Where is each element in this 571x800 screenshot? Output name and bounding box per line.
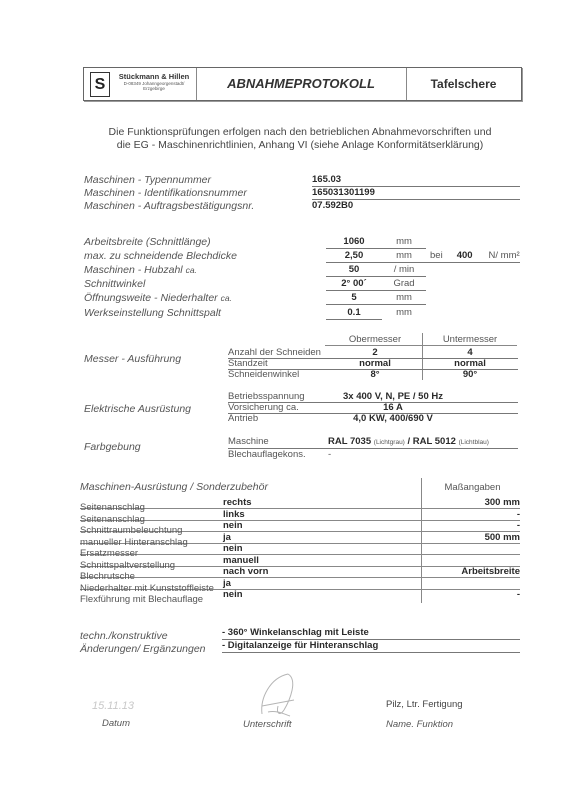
divider <box>325 345 517 346</box>
messer-ober-value: 8° <box>328 369 422 380</box>
spec-unit: mm <box>382 250 426 263</box>
equipment-row-value: manuell <box>223 555 259 566</box>
equipment-row-value: nein <box>223 589 243 600</box>
messer-ober-value: normal <box>328 358 422 369</box>
machine-id-value: 07.592B0 <box>312 200 520 212</box>
messer-section-label: Messer - Ausführung <box>84 353 181 365</box>
color-note-b: (Lichtblau) <box>459 439 489 446</box>
spec-value: 0.1 <box>326 307 382 319</box>
color-value-b: RAL 5012 <box>413 436 456 447</box>
intro-text: Die Funktionsprüfungen erfolgen nach den… <box>90 126 510 152</box>
spec-value: 5 <box>326 292 382 305</box>
changes-label-line2: Änderungen/ Ergänzungen <box>80 643 206 656</box>
farbgebung-row: Maschine RAL 7035 (Lichtgrau) / RAL 5012… <box>228 436 518 449</box>
spec-extra-value: 400 <box>457 250 473 261</box>
equipment-row-value: ja <box>223 532 231 543</box>
date-label: Datum <box>102 718 130 729</box>
spec-label-text: max. zu schneidende Blechdicke <box>84 250 237 262</box>
messer-row-label: Anzahl der Schneiden <box>228 347 321 358</box>
company-logo-icon: S <box>90 72 110 97</box>
spec-label: max. zu schneidende Blechdicke <box>84 250 237 262</box>
machine-id-label: Maschinen - Auftragsbestätigungsnr. <box>84 200 254 212</box>
spec-unit: mm <box>382 236 426 249</box>
equipment-row-dim: - <box>517 520 520 531</box>
spec-label-text: Arbeitsbreite (Schnittlänge) <box>84 236 211 248</box>
col-header-obermesser: Obermesser <box>328 334 422 345</box>
change-item: - 360° Winkelanschlag mit Leiste <box>222 627 520 640</box>
equipment-row: Schnittraumbeleuchtungnein- <box>80 520 520 532</box>
spec-extra-label: bei <box>430 250 443 261</box>
spec-label: Maschinen - Hubzahl ca. <box>84 264 197 276</box>
equipment-row-dim: Arbeitsbreite <box>461 566 520 577</box>
elektrik-row-label: Antrieb <box>228 413 258 424</box>
equipment-row: Blechrutschenach vornArbeitsbreite <box>80 566 520 578</box>
spec-value: 2,50 <box>326 250 382 263</box>
farbgebung-row-label: Blechauflagekons. <box>228 449 306 460</box>
equipment-row-value: links <box>223 509 245 520</box>
elektrik-row: Antrieb4,0 KW, 400/690 V <box>228 413 518 424</box>
intro-line-1: Die Funktionsprüfungen erfolgen nach den… <box>90 126 510 139</box>
change-item: - Digitalanzeige für Hinteranschlag <box>222 640 520 653</box>
divider <box>326 319 382 320</box>
equipment-row: manueller Hinteranschlagja500 mm <box>80 532 520 544</box>
messer-row-label: Schneidenwinkel <box>228 369 299 380</box>
spec-value: 1060 <box>326 236 382 249</box>
farbgebung-row-label: Maschine <box>228 436 269 447</box>
machine-id-label: Maschinen - Identifikationsnummer <box>84 187 247 199</box>
equipment-row: Ersatzmessernein <box>80 543 520 555</box>
equipment-row: Niederhalter mit Kunststoffleisteja <box>80 578 520 590</box>
color-sep: / <box>408 436 411 447</box>
elektrik-row-label: Betriebsspannung <box>228 391 305 402</box>
machine-id-value: 165031301199 <box>312 187 520 200</box>
messer-unter-value: normal <box>423 358 517 369</box>
equipment-section-label: Maschinen-Ausrüstung / Sonderzubehör <box>80 481 268 493</box>
spec-label: Werkseinstellung Schnittspalt <box>84 307 221 319</box>
date-value: 15.11.13 <box>92 700 134 712</box>
color-value-a: RAL 7035 <box>328 436 371 447</box>
changes-label-line1: techn./konstruktive <box>80 630 206 643</box>
spec-unit: mm <box>382 307 426 319</box>
equipment-row-value: rechts <box>223 497 252 508</box>
farbgebung-row-value: - <box>328 449 331 460</box>
messer-unter-value: 4 <box>423 347 517 358</box>
spec-extra-unit: N/ mm² <box>489 250 520 261</box>
dim-header: Maßangaben <box>425 482 520 493</box>
equipment-row-value: nach vorn <box>223 566 268 577</box>
equipment-row-dim: - <box>517 509 520 520</box>
name-value: Pilz, Ltr. Fertigung <box>386 699 463 710</box>
spec-label-text: Werkseinstellung Schnittspalt <box>84 307 221 319</box>
spec-extra: bei400N/ mm² <box>426 250 520 263</box>
spec-label: Öffnungsweite - Niederhalter ca. <box>84 292 232 304</box>
document-header: S Stückmann & Hillen D-08349 Johanngeorg… <box>83 67 522 101</box>
intro-line-2: die EG - Maschinenrichtlinien, Anhang VI… <box>90 139 510 152</box>
color-note-a: (Lichtgrau) <box>374 439 405 446</box>
company-address-line2: Erzgebirge <box>114 86 194 91</box>
equipment-row-value: nein <box>223 520 243 531</box>
equipment-row-label: Flexführung mit Blechauflage <box>80 594 203 605</box>
equipment-row: Seitenanschlagrechts300 mm <box>80 497 520 509</box>
elektrik-row-value: 4,0 KW, 400/690 V <box>318 413 468 424</box>
spec-unit: / min <box>382 264 426 277</box>
elektrik-section-label: Elektrische Ausrüstung <box>84 403 191 415</box>
logo-glyph: S <box>91 73 109 96</box>
elektrik-row-label: Vorsicherung ca. <box>228 402 299 413</box>
equipment-row: Seitenanschlaglinks- <box>80 509 520 521</box>
equipment-row-dim: 300 mm <box>485 497 520 508</box>
equipment-row: Schnittspaltverstellungmanuell <box>80 555 520 567</box>
equipment-row-value: nein <box>223 543 243 554</box>
changes-label: techn./konstruktive Änderungen/ Ergänzun… <box>80 630 206 656</box>
machine-id-label: Maschinen - Typennummer <box>84 174 211 186</box>
spec-label-text: Maschinen - Hubzahl <box>84 264 183 276</box>
elektrik-row-value: 3x 400 V, N, PE / 50 Hz <box>318 391 468 402</box>
signature-label: Unterschrift <box>243 719 292 730</box>
equipment-row-dim: - <box>517 589 520 600</box>
spec-label-text: Schnittwinkel <box>84 278 145 290</box>
spec-unit: mm <box>382 292 426 305</box>
spec-value: 50 <box>326 264 382 277</box>
machine-type: Tafelschere <box>406 68 521 100</box>
elektrik-row-value: 16 A <box>318 402 468 413</box>
messer-row-label: Standzeit <box>228 358 268 369</box>
messer-ober-value: 2 <box>328 347 422 358</box>
spec-label-text: Öffnungsweite - Niederhalter <box>84 292 218 304</box>
spec-label: Arbeitsbreite (Schnittlänge) <box>84 236 211 248</box>
col-header-untermesser: Untermesser <box>423 334 517 345</box>
machine-id-value: 165.03 <box>312 174 520 187</box>
farbgebung-section-label: Farbgebung <box>84 441 141 453</box>
equipment-row-value: ja <box>223 578 231 589</box>
spec-value: 2° 00´ <box>326 278 382 291</box>
spec-label-suffix: ca. <box>221 293 232 303</box>
spec-label-suffix: ca. <box>186 265 197 275</box>
spec-label: Schnittwinkel <box>84 278 145 290</box>
document-title: ABNAHMEPROTOKOLL <box>196 68 407 100</box>
equipment-row-dim: 500 mm <box>485 532 520 543</box>
messer-row: Schneidenwinkel8°90° <box>228 369 518 380</box>
name-label: Name. Funktion <box>386 719 453 730</box>
company-name: Stückmann & Hillen <box>114 72 194 81</box>
signature-icon <box>250 670 310 720</box>
messer-unter-value: 90° <box>423 369 517 380</box>
equipment-row: Flexführung mit Blechauflagenein- <box>80 589 520 600</box>
company-block: S Stückmann & Hillen D-08349 Johanngeorg… <box>84 68 197 100</box>
spec-unit: Grad <box>382 278 426 291</box>
